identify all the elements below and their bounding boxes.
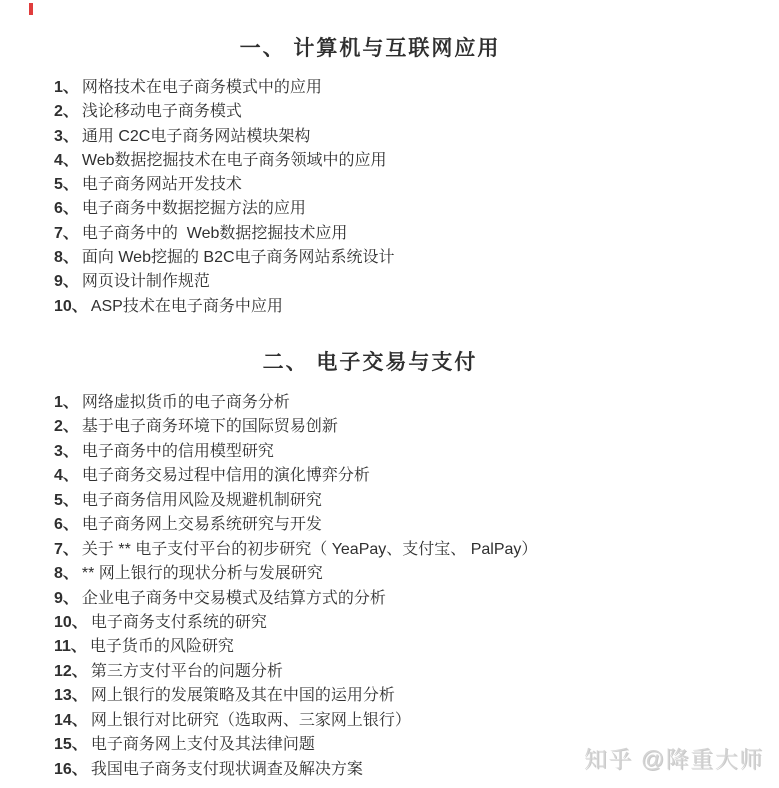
list-item: 10、ASP技术在电子商务中应用	[54, 295, 754, 319]
list-item: 3、通用 C2C电子商务网站模块架构	[54, 125, 754, 149]
item-number: 2、	[54, 418, 79, 435]
item-text: 网页设计制作规范	[82, 273, 210, 290]
item-text: 网格技术在电子商务模式中的应用	[82, 79, 322, 96]
list-item: 6、电子商务网上交易系统研究与开发	[54, 513, 754, 537]
list-item: 2、基于电子商务环境下的国际贸易创新	[54, 415, 754, 439]
document-page: 一、 计算机与互联网应用 1、网格技术在电子商务模式中的应用2、浅论移动电子商务…	[0, 0, 779, 788]
item-text: 企业电子商务中交易模式及结算方式的分析	[82, 590, 386, 607]
list-item: 7、电子商务中的 Web数据挖掘技术应用	[54, 222, 754, 246]
item-text: 电子商务网上交易系统研究与开发	[82, 516, 322, 533]
item-text: 网上银行的发展策略及其在中国的运用分析	[91, 687, 395, 704]
list-item: 9、网页设计制作规范	[54, 270, 754, 294]
item-number: 1、	[54, 394, 79, 411]
item-number: 7、	[54, 541, 79, 558]
item-number: 15、	[54, 736, 88, 753]
list-item: 12、第三方支付平台的问题分析	[54, 660, 754, 684]
item-number: 8、	[54, 249, 79, 266]
item-text: 电子商务中的信用模型研究	[82, 443, 274, 460]
item-number: 9、	[54, 273, 79, 290]
item-text: 面向 Web挖掘的 B2C电子商务网站系统设计	[82, 249, 395, 266]
item-text: 电子商务中数据挖掘方法的应用	[82, 200, 306, 217]
item-number: 10、	[54, 298, 88, 315]
item-text: 电子货币的风险研究	[90, 638, 234, 655]
topic-list-etrade-payment: 1、网络虚拟货币的电子商务分析2、基于电子商务环境下的国际贸易创新3、电子商务中…	[54, 391, 754, 782]
list-item: 1、网格技术在电子商务模式中的应用	[54, 76, 754, 100]
list-item: 2、浅论移动电子商务模式	[54, 100, 754, 124]
item-text: ** 网上银行的现状分析与发展研究	[82, 565, 323, 582]
list-item: 4、Web数据挖掘技术在电子商务领域中的应用	[54, 149, 754, 173]
item-number: 3、	[54, 128, 79, 145]
list-item: 7、关于 ** 电子支付平台的初步研究（ YeaPay、支付宝、 PalPay）	[54, 538, 754, 562]
item-number: 4、	[54, 152, 79, 169]
item-number: 11、	[54, 638, 87, 655]
item-number: 2、	[54, 103, 79, 120]
section-title-computer-internet: 一、 计算机与互联网应用	[0, 32, 740, 62]
list-item: 10、电子商务支付系统的研究	[54, 611, 754, 635]
item-number: 6、	[54, 516, 79, 533]
item-number: 10、	[54, 614, 88, 631]
item-number: 1、	[54, 79, 79, 96]
section-title-etrade-payment: 二、 电子交易与支付	[0, 346, 740, 376]
item-text: 基于电子商务环境下的国际贸易创新	[82, 418, 338, 435]
item-text: 电子商务中的 Web数据挖掘技术应用	[82, 225, 348, 242]
item-text: 关于 ** 电子支付平台的初步研究（ YeaPay、支付宝、 PalPay）	[82, 541, 538, 558]
item-number: 5、	[54, 492, 79, 509]
zhihu-watermark: 知乎 @降重大师	[584, 741, 764, 774]
item-text: 电子商务网上支付及其法律问题	[91, 736, 315, 753]
item-text: 浅论移动电子商务模式	[82, 103, 242, 120]
list-item: 11、电子货币的风险研究	[54, 635, 754, 659]
item-text: ASP技术在电子商务中应用	[91, 298, 283, 315]
item-text: 网上银行对比研究（选取两、三家网上银行）	[91, 712, 411, 729]
list-item: 14、网上银行对比研究（选取两、三家网上银行）	[54, 709, 754, 733]
list-item: 5、电子商务网站开发技术	[54, 173, 754, 197]
item-number: 7、	[54, 225, 79, 242]
item-number: 16、	[54, 761, 88, 778]
list-item: 1、网络虚拟货币的电子商务分析	[54, 391, 754, 415]
item-text: Web数据挖掘技术在电子商务领域中的应用	[82, 152, 387, 169]
item-text: 第三方支付平台的问题分析	[91, 663, 283, 680]
red-cursor-mark	[29, 3, 33, 15]
item-text: 电子商务信用风险及规避机制研究	[82, 492, 322, 509]
list-item: 5、电子商务信用风险及规避机制研究	[54, 489, 754, 513]
item-number: 9、	[54, 590, 79, 607]
item-text: 电子商务交易过程中信用的演化博弈分析	[82, 467, 370, 484]
list-item: 3、电子商务中的信用模型研究	[54, 440, 754, 464]
list-item: 4、电子商务交易过程中信用的演化博弈分析	[54, 464, 754, 488]
list-item: 8、面向 Web挖掘的 B2C电子商务网站系统设计	[54, 246, 754, 270]
item-number: 3、	[54, 443, 79, 460]
list-item: 8、** 网上银行的现状分析与发展研究	[54, 562, 754, 586]
list-item: 13、网上银行的发展策略及其在中国的运用分析	[54, 684, 754, 708]
item-text: 电子商务支付系统的研究	[91, 614, 267, 631]
item-number: 8、	[54, 565, 79, 582]
topic-list-computer-internet: 1、网格技术在电子商务模式中的应用2、浅论移动电子商务模式3、通用 C2C电子商…	[54, 76, 754, 319]
item-number: 4、	[54, 467, 79, 484]
item-number: 5、	[54, 176, 79, 193]
item-number: 12、	[54, 663, 88, 680]
item-number: 6、	[54, 200, 79, 217]
item-number: 13、	[54, 687, 88, 704]
list-item: 6、电子商务中数据挖掘方法的应用	[54, 197, 754, 221]
item-text: 电子商务网站开发技术	[82, 176, 242, 193]
item-text: 网络虚拟货币的电子商务分析	[82, 394, 290, 411]
list-item: 9、企业电子商务中交易模式及结算方式的分析	[54, 587, 754, 611]
item-text: 通用 C2C电子商务网站模块架构	[82, 128, 310, 145]
item-number: 14、	[54, 712, 88, 729]
item-text: 我国电子商务支付现状调查及解决方案	[91, 761, 363, 778]
